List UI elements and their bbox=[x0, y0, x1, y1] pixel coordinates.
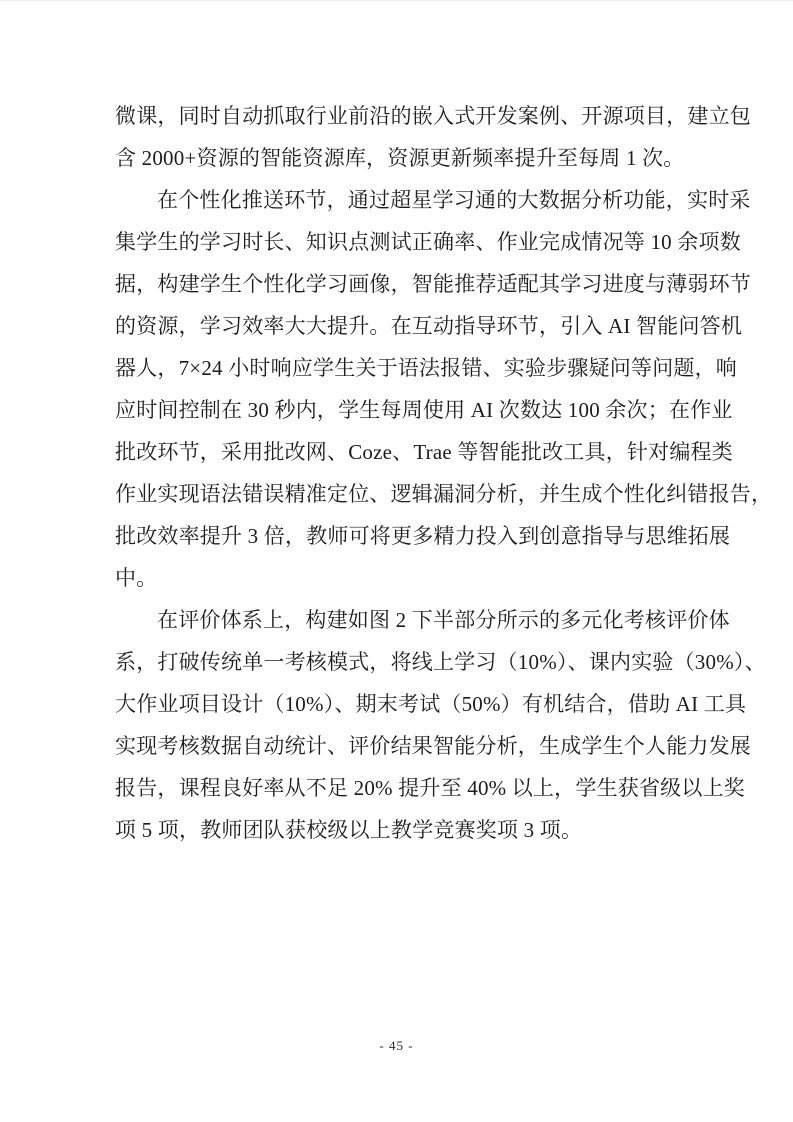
text-line: 系，打破传统单一考核模式，将线上学习（10%）、课内实验（30%）、 bbox=[115, 641, 693, 683]
paragraph: 在评价体系上，构建如图 2 下半部分所示的多元化考核评价体系，打破传统单一考核模… bbox=[115, 599, 693, 851]
text-line: 在评价体系上，构建如图 2 下半部分所示的多元化考核评价体 bbox=[115, 599, 693, 641]
text-line: 含 2000+资源的智能资源库，资源更新频率提升至每周 1 次。 bbox=[115, 137, 693, 179]
text-line: 批改效率提升 3 倍，教师可将更多精力投入到创意指导与思维拓展 bbox=[115, 515, 693, 557]
paragraph: 微课，同时自动抓取行业前沿的嵌入式开发案例、开源项目，建立包含 2000+资源的… bbox=[115, 95, 693, 179]
text-line: 微课，同时自动抓取行业前沿的嵌入式开发案例、开源项目，建立包 bbox=[115, 95, 693, 137]
text-line: 中。 bbox=[115, 557, 693, 599]
text-line: 大作业项目设计（10%）、期末考试（50%）有机结合，借助 AI 工具 bbox=[115, 683, 693, 725]
text-line: 实现考核数据自动统计、评价结果智能分析，生成学生个人能力发展 bbox=[115, 725, 693, 767]
text-line: 应时间控制在 30 秒内，学生每周使用 AI 次数达 100 余次；在作业 bbox=[115, 389, 693, 431]
page-number: - 45 - bbox=[379, 1038, 413, 1053]
text-line: 批改环节，采用批改网、Coze、Trae 等智能批改工具，针对编程类 bbox=[115, 431, 693, 473]
text-line: 据，构建学生个性化学习画像，智能推荐适配其学习进度与薄弱环节 bbox=[115, 263, 693, 305]
text-line: 在个性化推送环节，通过超星学习通的大数据分析功能，实时采 bbox=[115, 179, 693, 221]
document-content: 微课，同时自动抓取行业前沿的嵌入式开发案例、开源项目，建立包含 2000+资源的… bbox=[115, 95, 693, 851]
page-footer: - 45 - bbox=[0, 1037, 793, 1055]
text-line: 器人，7×24 小时响应学生关于语法报错、实验步骤疑问等问题，响 bbox=[115, 347, 693, 389]
text-line: 项 5 项，教师团队获校级以上教学竞赛奖项 3 项。 bbox=[115, 809, 693, 851]
text-line: 的资源，学习效率大大提升。在互动指导环节，引入 AI 智能问答机 bbox=[115, 305, 693, 347]
text-line: 报告，课程良好率从不足 20% 提升至 40% 以上，学生获省级以上奖 bbox=[115, 767, 693, 809]
text-line: 集学生的学习时长、知识点测试正确率、作业完成情况等 10 余项数 bbox=[115, 221, 693, 263]
paragraph: 在个性化推送环节，通过超星学习通的大数据分析功能，实时采集学生的学习时长、知识点… bbox=[115, 179, 693, 599]
page: 微课，同时自动抓取行业前沿的嵌入式开发案例、开源项目，建立包含 2000+资源的… bbox=[0, 0, 793, 1122]
text-line: 作业实现语法错误精准定位、逻辑漏洞分析，并生成个性化纠错报告， bbox=[115, 473, 693, 515]
